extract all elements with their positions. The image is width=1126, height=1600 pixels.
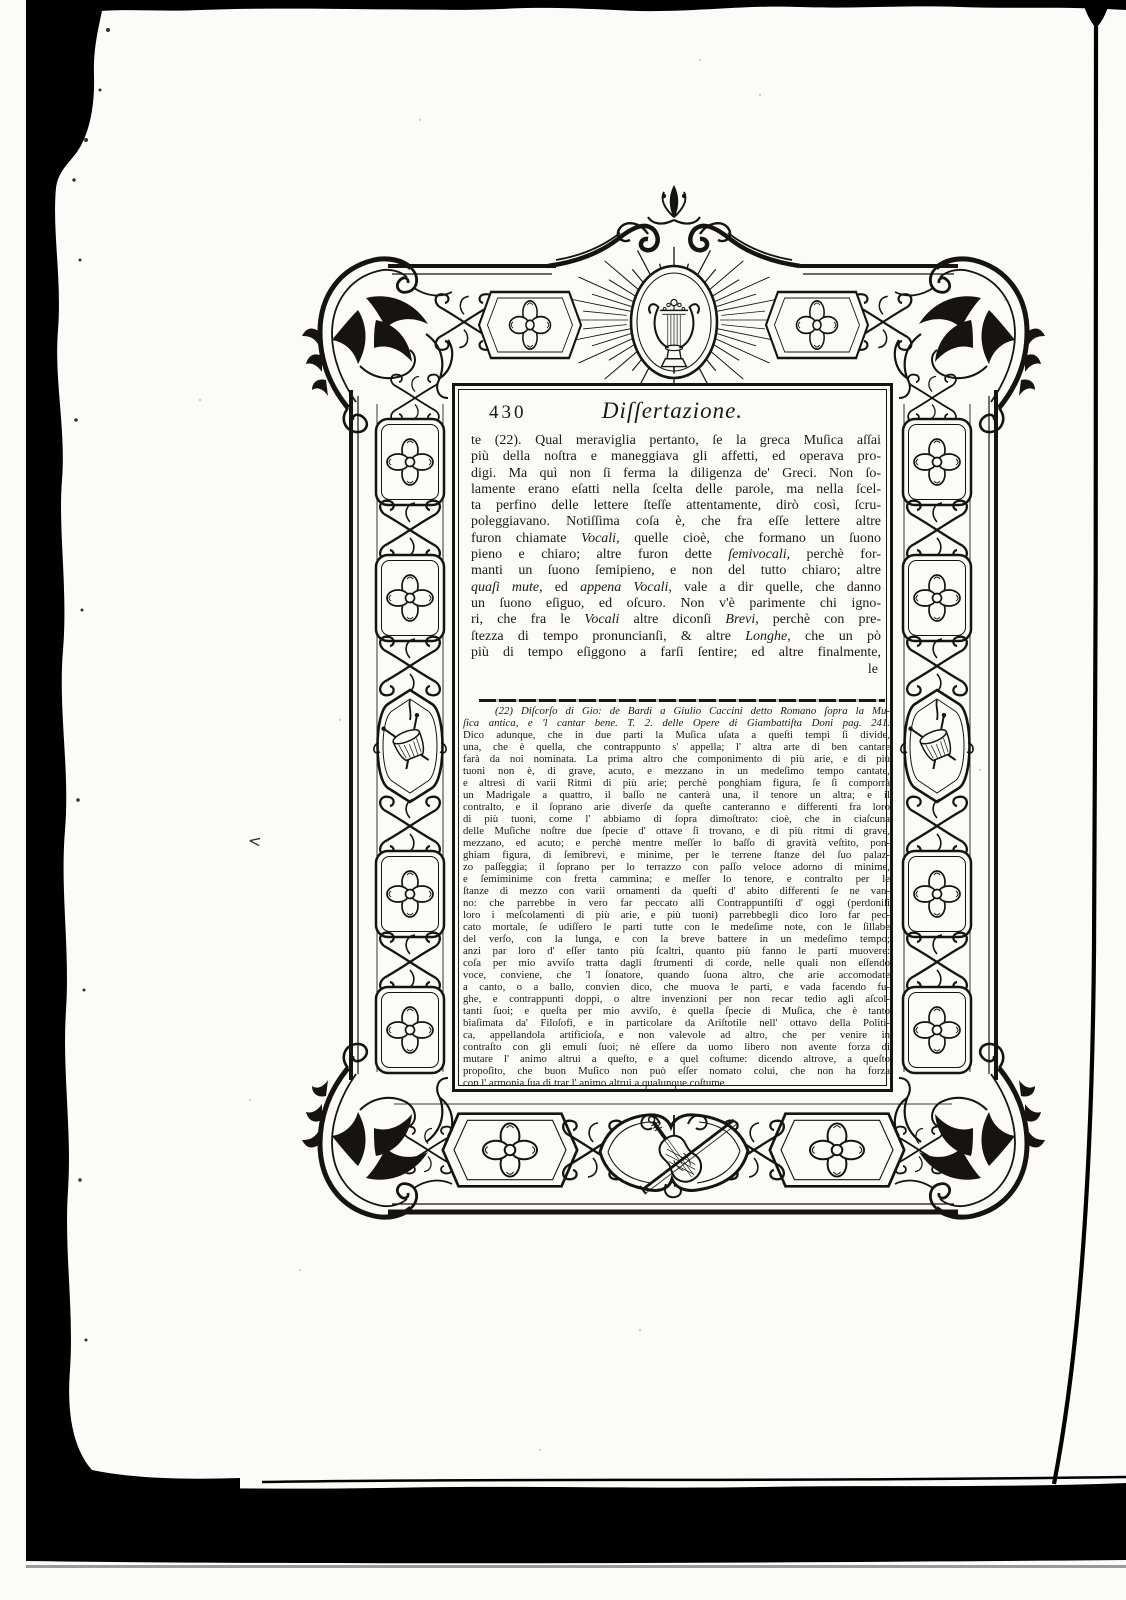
book-gutter-shadow (26, 0, 240, 1496)
main-text: te (22). Qual meraviglia pertanto, ſe la… (471, 433, 881, 661)
text-line: delle Muſiche noſtre due ſpecie d' ottav… (463, 825, 890, 837)
text-line: furon chiamate Vocali, quelle cioè, che … (471, 531, 881, 547)
text-line: lamente erano eſatti nella ſcelta delle … (471, 482, 881, 498)
text-line: mutare l' animo altrui a queſto, e a que… (463, 1053, 890, 1065)
text-line: contraſto con gli emuli ſuoi; nè eſſere … (463, 1041, 890, 1053)
text-line: ſtezza di tempo pronuncianſi, & altre Lo… (471, 629, 881, 645)
page-edge-line (1054, 26, 1096, 1484)
text-line: ca, appellandola artificioſa, e non vale… (463, 1029, 890, 1041)
text-line: ghiam figura, di ſemibrevi, e minime, pe… (463, 849, 890, 861)
text-line: e altresì di varii Ritmi di più arie; pe… (463, 777, 890, 789)
text-line: più della noſtra e maneggiava gli affett… (471, 449, 881, 465)
text-line: contralto, e il ſoprano arie diverſe da … (463, 801, 890, 813)
text-frame: 430 Diſſertazione. te (22). Qual meravig… (452, 383, 893, 1092)
text-line: del verſo, con la lunga, e con la breve … (463, 933, 890, 945)
text-line: digi. Ma quì non ſi ferma la diligenza d… (471, 466, 881, 482)
text-line: ſtanze di mezzo con varii ornamenti da q… (463, 885, 890, 897)
text-line: manti un ſuono ſemipieno, e non del tutt… (471, 563, 881, 579)
text-line: un Madrigale a quattro, il baſſo ne cant… (463, 789, 890, 801)
text-line: a canto, o a ballo, convien dico, che mu… (463, 981, 890, 993)
text-line: più di tempo eſiggono a farſi ſentire; e… (471, 645, 881, 661)
text-line: cato mortale, ſe udiſſero le parti tutte… (463, 921, 890, 933)
footnote-separator (479, 699, 885, 702)
text-line: farà da noi nominata. La prima altro che… (463, 753, 890, 765)
scanned-book-page: < 430 Diſſertazione. te (22). Qual merav… (0, 0, 1126, 1600)
text-line: anzi par loro d' eſſer tanto più ſcaltri… (463, 945, 890, 957)
top-scan-bar (92, 0, 1126, 12)
text-line: Dico adunque, che in due parti la Muſica… (463, 729, 890, 741)
text-line: ghe, e contrappunti doppi, o altre inven… (463, 993, 890, 1005)
text-line: biaſimata da' Filoſofi, e in particolare… (463, 1017, 890, 1029)
margin-mark: < (247, 831, 263, 852)
edge-specks (72, 28, 110, 1342)
text-line: loro i meſcolamenti di più arie, e più t… (463, 909, 890, 921)
text-line: ſica antica, e 'l cantar bene. T. 2. del… (463, 717, 890, 729)
text-line: voce, conviene, che 'l ſonatore, quando … (463, 969, 890, 981)
text-line: pieno e chiaro; altre furon dette ſemivo… (471, 547, 881, 563)
top-right-ink-drip (1082, 0, 1110, 28)
text-line: una, che è quella, che contrappunto s' a… (463, 741, 890, 753)
page-header: 430 Diſſertazione. (455, 398, 890, 430)
text-line: con l' armonia ſua di trar l' animo altr… (463, 1077, 890, 1089)
text-line: ri, che fra le Vocali altre diconſi Brev… (471, 612, 881, 628)
scratch-line (262, 1477, 1126, 1482)
text-line: no: che parrebbe in vero far peccato all… (463, 897, 890, 909)
text-line: zo paſſeggia; il ſoprano per lo terrazzo… (463, 861, 890, 873)
text-line: un ſuono eſiguo, ed oſcuro. Non v'è pari… (471, 596, 881, 612)
text-line: propoſito, che buon Muſico non può eſſer… (463, 1065, 890, 1077)
catchword: le (868, 662, 878, 678)
footnote-text: (22) Diſcorſo di Gio: de Bardi a Giulio … (463, 705, 890, 1089)
text-line: di più tuoni, come l' abbiamo di ſopra d… (463, 813, 890, 825)
text-line: poleggiavano. Notiſſima coſa è, che fra … (471, 514, 881, 530)
bottom-shadow-line (26, 1565, 1126, 1568)
text-line: (22) Diſcorſo di Gio: de Bardi a Giulio … (463, 705, 890, 717)
text-line: mezzano, ed acuto; e perchè mentre meſſe… (463, 837, 890, 849)
text-line: ta perfino delle lettere ſteſſe attentam… (471, 498, 881, 514)
text-line: tanti ſuoi; e queſta per mio avviſo, è q… (463, 1005, 890, 1017)
text-line: e ſemiminime con fretta cammina; e meſſe… (463, 873, 890, 885)
text-line: te (22). Qual meraviglia pertanto, ſe la… (471, 433, 881, 449)
running-title: Diſſertazione. (455, 398, 890, 424)
text-line: tuoni non è, di grave, acuto, e mezzano … (463, 765, 890, 777)
text-line: coſa per mio avviſo tratta dagli ſtrumen… (463, 957, 890, 969)
text-line: quaſi mute, ed appena Vocali, vale a dir… (471, 580, 881, 596)
bottom-scan-bar (26, 1483, 1126, 1563)
